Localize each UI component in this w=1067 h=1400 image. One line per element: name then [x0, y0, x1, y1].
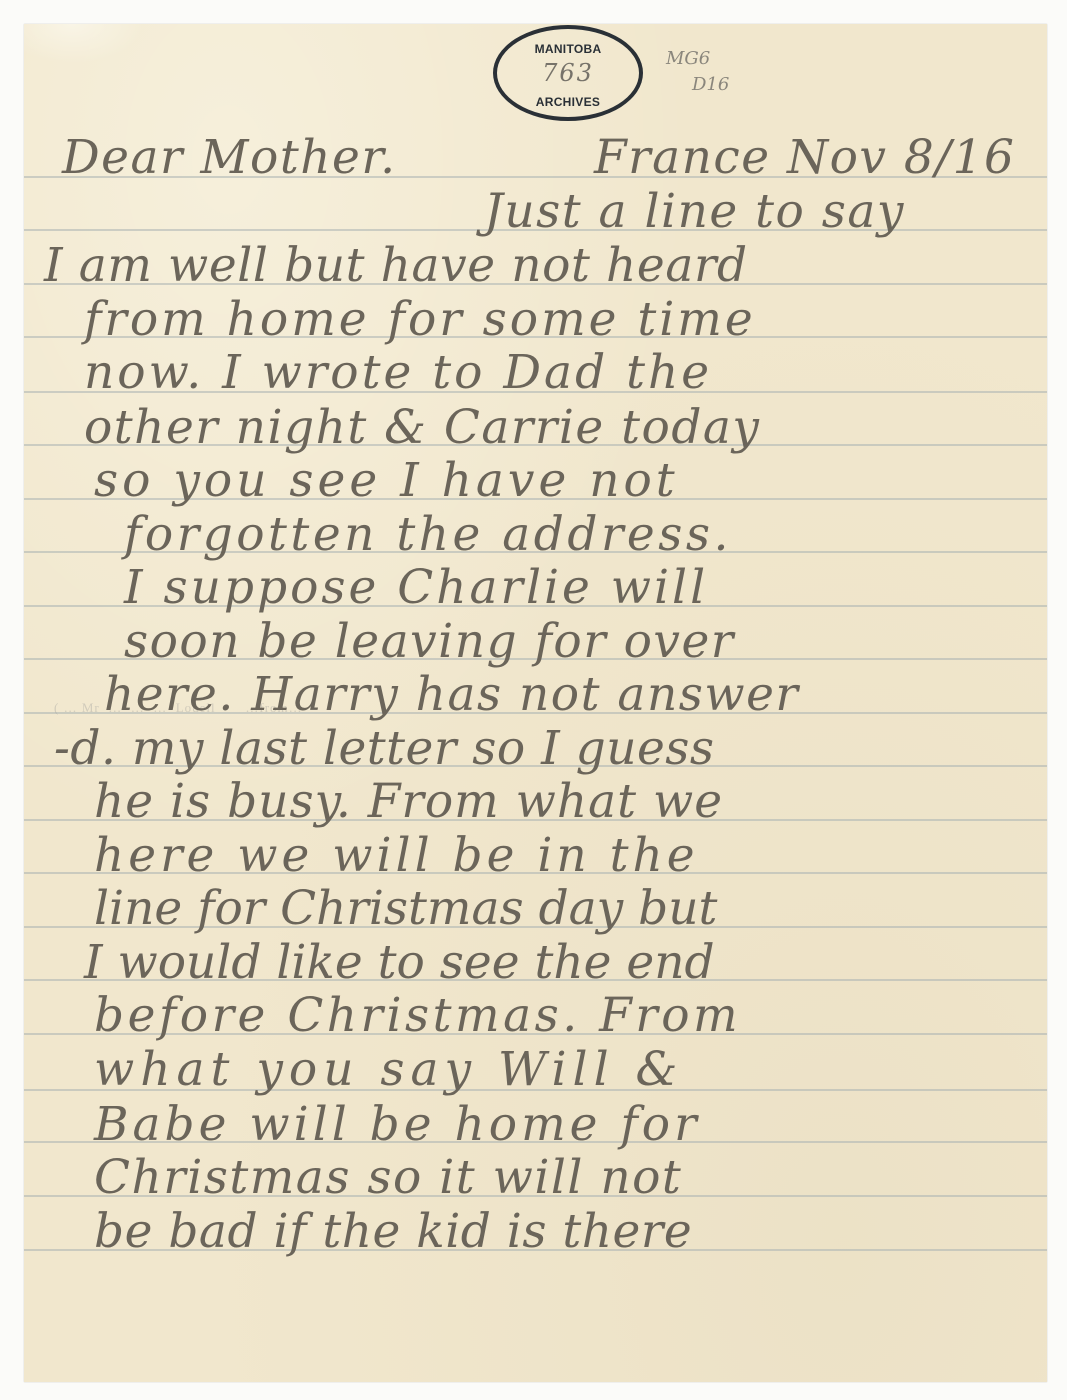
- letter-line: line for Christmas day but: [94, 885, 717, 932]
- letter-line: I am well but have not heard: [44, 242, 748, 289]
- letter-line: from home for some time: [84, 296, 756, 343]
- paper-fold-crease: [24, 24, 144, 64]
- reference-note-mg: MG6: [666, 48, 710, 69]
- place-date: France Nov 8/16: [594, 134, 1015, 181]
- stamp-bottom-text: ARCHIVES: [497, 95, 639, 109]
- stamp-top-text: MANITOBA: [497, 42, 639, 56]
- letter-line: Babe will be home for: [94, 1101, 701, 1148]
- letter-line: Christmas so it will not: [94, 1154, 682, 1201]
- letter-line: now. I wrote to Dad the: [84, 349, 712, 396]
- letter-line: -d. my last letter so I guess: [54, 725, 715, 772]
- manitoba-archives-stamp: MANITOBA 763 ARCHIVES: [493, 25, 643, 121]
- scanned-document: ( … Mr … … … Louell …from… MANITOBA 763 …: [0, 0, 1067, 1400]
- letter-line: he is busy. From what we: [94, 778, 723, 825]
- letter-page: ( … Mr … … … Louell …from… MANITOBA 763 …: [24, 24, 1047, 1382]
- letter-line: what you say Will &: [94, 1046, 683, 1093]
- salutation: Dear Mother.: [62, 134, 397, 181]
- letter-line: Just a line to say: [484, 188, 905, 235]
- letter-line: other night & Carrie today: [84, 404, 760, 451]
- letter-line: be bad if the kid is there: [94, 1208, 692, 1255]
- letter-line: so you see I have not: [94, 457, 679, 504]
- letter-line: I suppose Charlie will: [124, 564, 708, 611]
- reference-note-d: D16: [692, 74, 729, 95]
- letter-line: here. Harry has not answer: [104, 671, 799, 718]
- letter-line: soon be leaving for over: [124, 618, 735, 665]
- letter-line: here we will be in the: [94, 832, 699, 879]
- letter-line: forgotten the address.: [124, 511, 732, 558]
- stamp-number: 763: [497, 59, 639, 87]
- letter-line: I would like to see the end: [84, 939, 715, 986]
- letter-line: before Christmas. From: [94, 992, 741, 1039]
